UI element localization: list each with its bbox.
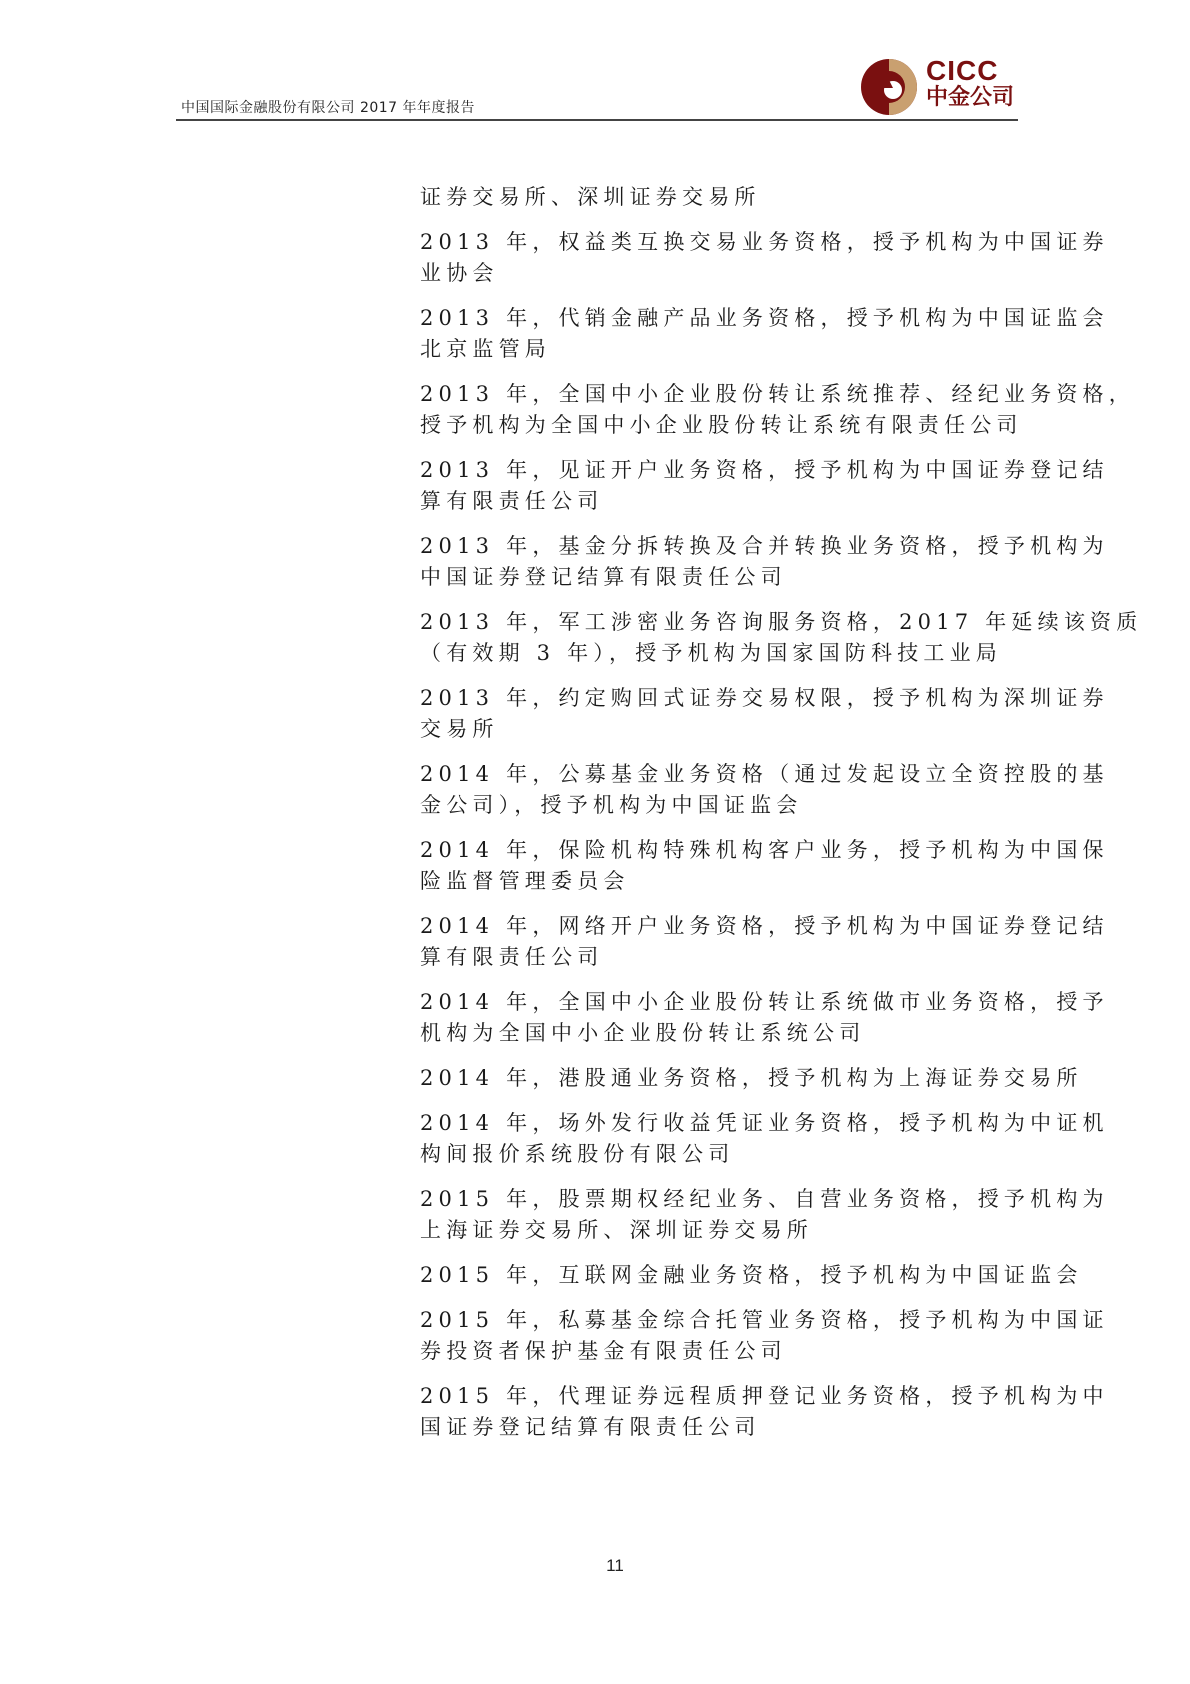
header-divider [176, 119, 1018, 121]
text-line: 2013 年，基金分拆转换及合并转换业务资格，授予机构为 [420, 531, 1040, 562]
paragraph: 2013 年，全国中小企业股份转让系统推荐、经纪业务资格，授予机构为全国中小企业… [420, 379, 1040, 441]
page-number: 11 [0, 1556, 1190, 1576]
paragraph: 2014 年，港股通业务资格，授予机构为上海证券交易所 [420, 1063, 1040, 1094]
logo-text-cn: 中金公司 [926, 85, 1014, 111]
paragraph: 2014 年，公募基金业务资格（通过发起设立全资控股的基金公司），授予机构为中国… [420, 759, 1040, 821]
text-line: 2015 年，私募基金综合托管业务资格，授予机构为中国证 [420, 1305, 1040, 1336]
text-line: 2014 年，港股通业务资格，授予机构为上海证券交易所 [420, 1063, 1040, 1094]
paragraph: 2014 年，网络开户业务资格，授予机构为中国证券登记结算有限责任公司 [420, 911, 1040, 973]
paragraph: 2013 年，基金分拆转换及合并转换业务资格，授予机构为中国证券登记结算有限责任… [420, 531, 1040, 593]
text-line: 险监督管理委员会 [420, 866, 1040, 897]
text-line: 构间报价系统股份有限公司 [420, 1139, 1040, 1170]
text-line: 北京监管局 [420, 334, 1040, 365]
text-line: 2014 年，公募基金业务资格（通过发起设立全资控股的基 [420, 759, 1040, 790]
text-line: 2013 年，全国中小企业股份转让系统推荐、经纪业务资格， [420, 379, 1040, 410]
text-line: 2013 年，约定购回式证券交易权限，授予机构为深圳证券 [420, 683, 1040, 714]
text-line: （有效期 3 年），授予机构为国家国防科技工业局 [420, 638, 1040, 669]
company-logo: CICC 中金公司 [860, 54, 1020, 116]
paragraph: 2015 年，股票期权经纪业务、自营业务资格，授予机构为上海证券交易所、深圳证券… [420, 1184, 1040, 1246]
text-line: 2014 年，保险机构特殊机构客户业务，授予机构为中国保 [420, 835, 1040, 866]
text-line: 2015 年，代理证券远程质押登记业务资格，授予机构为中 [420, 1381, 1040, 1412]
qualifications-list: 证券交易所、深圳证券交易所 2013 年，权益类互换交易业务资格，授予机构为中国… [420, 182, 1040, 1457]
paragraph: 2014 年，场外发行收益凭证业务资格，授予机构为中证机构间报价系统股份有限公司 [420, 1108, 1040, 1170]
paragraph: 2013 年，代销金融产品业务资格，授予机构为中国证监会北京监管局 [420, 303, 1040, 365]
paragraph: 2013 年，见证开户业务资格，授予机构为中国证券登记结算有限责任公司 [420, 455, 1040, 517]
paragraph: 2015 年，互联网金融业务资格，授予机构为中国证监会 [420, 1260, 1040, 1291]
report-title: 中国国际金融股份有限公司 2017 年年度报告 [181, 97, 475, 117]
text-line: 2014 年，网络开户业务资格，授予机构为中国证券登记结 [420, 911, 1040, 942]
paragraph: 2014 年，全国中小企业股份转让系统做市业务资格，授予机构为全国中小企业股份转… [420, 987, 1040, 1049]
text-line: 金公司），授予机构为中国证监会 [420, 790, 1040, 821]
text-line: 授予机构为全国中小企业股份转让系统有限责任公司 [420, 410, 1040, 441]
text-line: 业协会 [420, 258, 1040, 289]
text-line: 2013 年，代销金融产品业务资格，授予机构为中国证监会 [420, 303, 1040, 334]
paragraph: 2014 年，保险机构特殊机构客户业务，授予机构为中国保险监督管理委员会 [420, 835, 1040, 897]
text-line: 券投资者保护基金有限责任公司 [420, 1336, 1040, 1367]
logo-text-en: CICC [926, 56, 998, 86]
text-line: 国证券登记结算有限责任公司 [420, 1412, 1040, 1443]
text-line: 2013 年，权益类互换交易业务资格，授予机构为中国证券 [420, 227, 1040, 258]
text-line: 证券交易所、深圳证券交易所 [420, 182, 1040, 213]
text-line: 2014 年，全国中小企业股份转让系统做市业务资格，授予 [420, 987, 1040, 1018]
text-line: 交易所 [420, 714, 1040, 745]
paragraph: 2013 年，约定购回式证券交易权限，授予机构为深圳证券交易所 [420, 683, 1040, 745]
text-line: 2015 年，互联网金融业务资格，授予机构为中国证监会 [420, 1260, 1040, 1291]
paragraph: 2013 年，权益类互换交易业务资格，授予机构为中国证券业协会 [420, 227, 1040, 289]
cicc-logo-icon [860, 58, 918, 116]
text-line: 2015 年，股票期权经纪业务、自营业务资格，授予机构为 [420, 1184, 1040, 1215]
text-line: 2013 年，见证开户业务资格，授予机构为中国证券登记结 [420, 455, 1040, 486]
text-line: 算有限责任公司 [420, 486, 1040, 517]
paragraph: 2015 年，代理证券远程质押登记业务资格，授予机构为中国证券登记结算有限责任公… [420, 1381, 1040, 1443]
text-line: 2013 年，军工涉密业务咨询服务资格，2017 年延续该资质 [420, 607, 1040, 638]
paragraph: 2015 年，私募基金综合托管业务资格，授予机构为中国证券投资者保护基金有限责任… [420, 1305, 1040, 1367]
text-line: 算有限责任公司 [420, 942, 1040, 973]
paragraph: 2013 年，军工涉密业务咨询服务资格，2017 年延续该资质（有效期 3 年）… [420, 607, 1040, 669]
text-line: 中国证券登记结算有限责任公司 [420, 562, 1040, 593]
text-line: 机构为全国中小企业股份转让系统公司 [420, 1018, 1040, 1049]
text-line: 上海证券交易所、深圳证券交易所 [420, 1215, 1040, 1246]
paragraph: 证券交易所、深圳证券交易所 [420, 182, 1040, 213]
text-line: 2014 年，场外发行收益凭证业务资格，授予机构为中证机 [420, 1108, 1040, 1139]
